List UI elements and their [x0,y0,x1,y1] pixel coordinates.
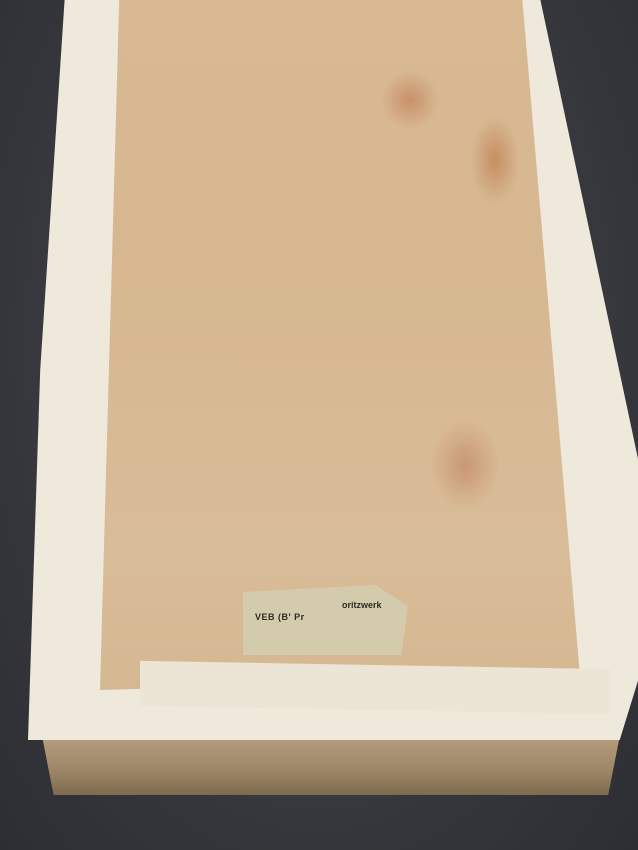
water-stain [380,70,440,130]
paper-tape-strip [140,661,610,714]
box-top-panel [100,0,580,690]
label-text-right: oritzwerk [342,600,382,610]
water-stain [470,115,520,205]
water-stain [430,420,500,510]
label-text-left: VEB (B' Pr [255,612,305,622]
box-side-edge [30,735,620,795]
